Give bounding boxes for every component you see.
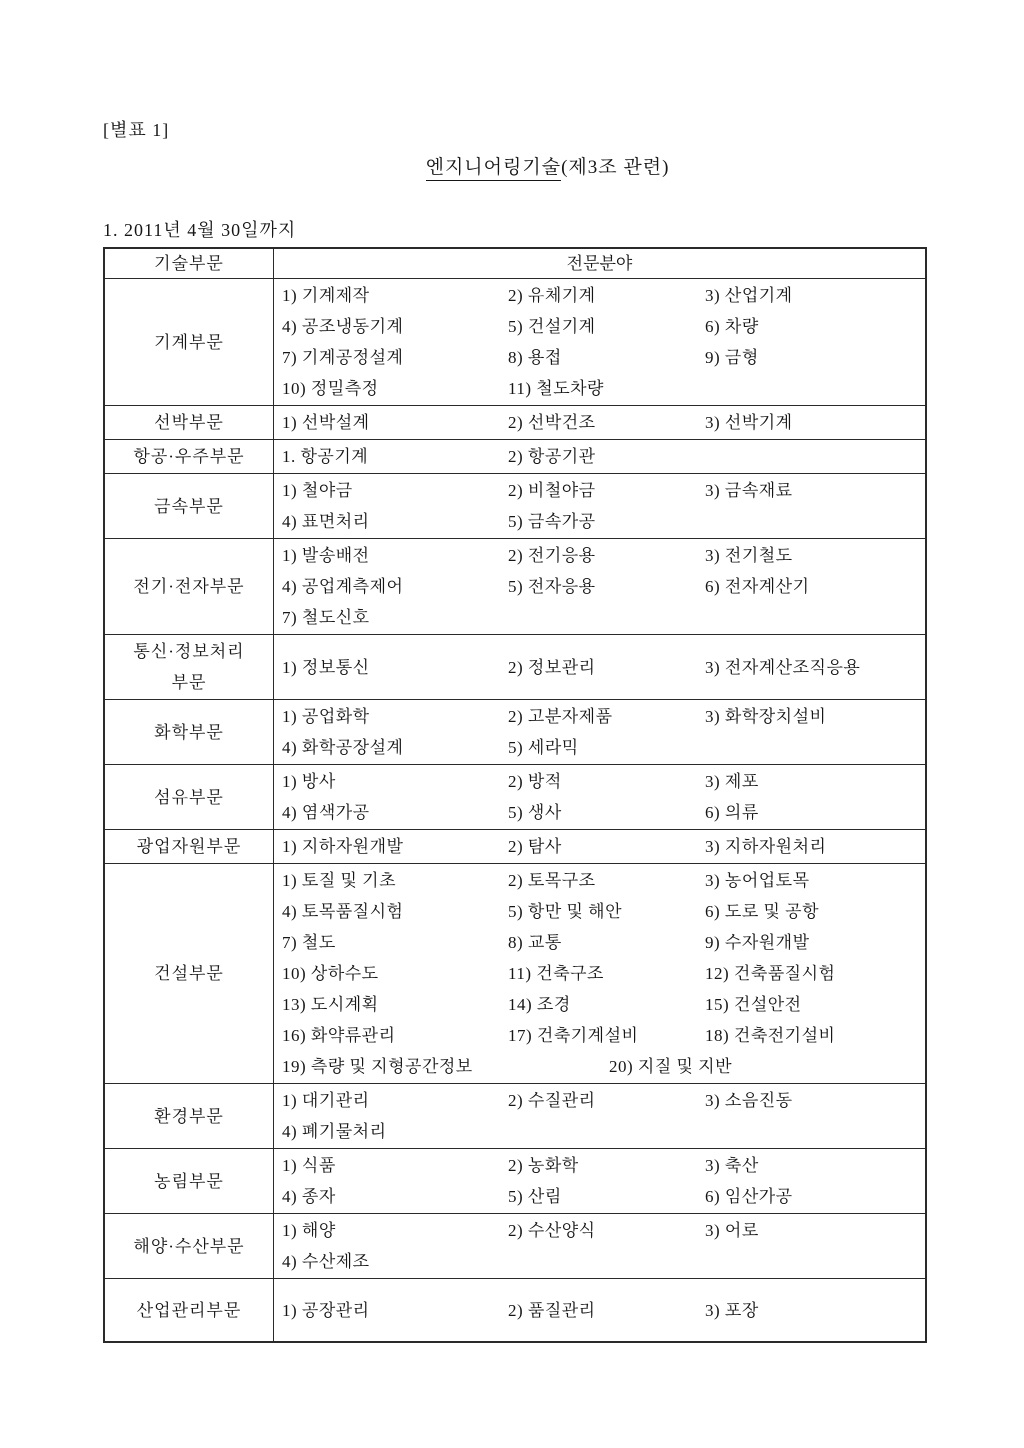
sector-cell: 환경부문: [105, 1084, 274, 1148]
specialty-item: 3) 어로: [705, 1215, 759, 1246]
sector-label: 광업자원부문: [137, 831, 242, 862]
specialty-line: 4) 표면처리5) 금속가공: [282, 506, 921, 537]
specialty-cell: 1) 식품2) 농화학3) 축산4) 종자5) 산림6) 임산가공: [274, 1149, 925, 1213]
table-row: 금속부문1) 철야금2) 비철야금3) 금속재료4) 표면처리5) 금속가공: [105, 474, 925, 539]
specialty-cell: 1. 항공기계2) 항공기관: [274, 440, 925, 473]
specialty-item: 7) 철도: [282, 927, 508, 958]
table-row: 광업자원부문1) 지하자원개발2) 탐사3) 지하자원처리: [105, 830, 925, 864]
specialty-item: 3) 포장: [705, 1295, 759, 1326]
table-row: 선박부문1) 선박설계2) 선박건조3) 선박기계: [105, 406, 925, 440]
specialty-line: 1) 대기관리2) 수질관리3) 소음진동: [282, 1085, 921, 1116]
document-page: [별표 1] 엔지니어링기술(제3조 관련) 1. 2011년 4월 30일까지…: [0, 0, 1024, 1448]
sector-label: 농림부문: [154, 1166, 224, 1197]
specialty-cell: 1) 정보통신2) 정보관리3) 전자계산조직응용: [274, 635, 925, 699]
specialty-item: 4) 염색가공: [282, 797, 508, 828]
specialty-item: 14) 조경: [508, 989, 705, 1020]
specialty-item: 5) 세라믹: [508, 732, 705, 763]
specialty-item: 8) 교통: [508, 927, 705, 958]
specialty-item: 3) 소음진동: [705, 1085, 793, 1116]
specialty-item: 1) 기계제작: [282, 280, 508, 311]
sector-cell: 기계부문: [105, 279, 274, 405]
specialty-item: 5) 산림: [508, 1181, 705, 1212]
specialty-item: 11) 건축구조: [508, 958, 705, 989]
sector-label: 해양·수산부문: [133, 1231, 244, 1262]
specialty-item: 2) 정보관리: [508, 652, 705, 683]
specialty-item: 3) 제포: [705, 766, 759, 797]
specialty-line: 1) 기계제작2) 유체기계3) 산업기계: [282, 280, 921, 311]
specialty-item: 4) 표면처리: [282, 506, 508, 537]
specialty-line: 16) 화약류관리17) 건축기계설비18) 건축전기설비: [282, 1020, 921, 1051]
specialty-item: 2) 토목구조: [508, 865, 705, 896]
sector-table: 기술부문 전문분야 기계부문1) 기계제작2) 유체기계3) 산업기계4) 공조…: [103, 247, 927, 1343]
specialty-cell: 1) 선박설계2) 선박건조3) 선박기계: [274, 406, 925, 439]
specialty-line: 1) 공업화학2) 고분자제품3) 화학장치설비: [282, 701, 921, 732]
sector-label: 부문: [172, 667, 207, 698]
sector-cell: 섬유부문: [105, 765, 274, 829]
table-row: 해양·수산부문1) 해양2) 수산양식3) 어로4) 수산제조: [105, 1214, 925, 1279]
specialty-item: 1) 공업화학: [282, 701, 508, 732]
specialty-item: 2) 탐사: [508, 831, 705, 862]
specialty-item: 5) 전자응용: [508, 571, 705, 602]
sector-label: 항공·우주부문: [133, 441, 244, 472]
sector-cell: 건설부문: [105, 864, 274, 1083]
specialty-item: 2) 유체기계: [508, 280, 705, 311]
specialty-item: 2) 선박건조: [508, 407, 705, 438]
specialty-item: 6) 임산가공: [705, 1181, 793, 1212]
specialty-cell: 1) 공장관리2) 품질관리3) 포장: [274, 1279, 925, 1341]
specialty-line: 1) 발송배전2) 전기응용3) 전기철도: [282, 540, 921, 571]
specialty-item: 9) 수자원개발: [705, 927, 810, 958]
specialty-item: 6) 차량: [705, 311, 759, 342]
specialty-item: 2) 방적: [508, 766, 705, 797]
table-row: 화학부문1) 공업화학2) 고분자제품3) 화학장치설비4) 화학공장설계5) …: [105, 700, 925, 765]
specialty-cell: 1) 대기관리2) 수질관리3) 소음진동4) 폐기물처리: [274, 1084, 925, 1148]
specialty-item: 3) 화학장치설비: [705, 701, 826, 732]
specialty-item: 4) 토목품질시험: [282, 896, 508, 927]
specialty-line: 7) 철도8) 교통9) 수자원개발: [282, 927, 921, 958]
specialty-line: 1) 방사2) 방적3) 제포: [282, 766, 921, 797]
sector-label: 기계부문: [154, 327, 224, 358]
specialty-line: 4) 공조냉동기계5) 건설기계6) 차량: [282, 311, 921, 342]
specialty-cell: 1) 발송배전2) 전기응용3) 전기철도4) 공업계측제어5) 전자응용6) …: [274, 539, 925, 634]
specialty-item: 4) 공업계측제어: [282, 571, 508, 602]
specialty-item: 2) 고분자제품: [508, 701, 705, 732]
specialty-item: 1) 정보통신: [282, 652, 508, 683]
specialty-item: 10) 상하수도: [282, 958, 508, 989]
specialty-item: 1) 공장관리: [282, 1295, 508, 1326]
sector-cell: 산업관리부문: [105, 1279, 274, 1341]
specialty-item: 2) 수산양식: [508, 1215, 705, 1246]
specialty-item: 1) 지하자원개발: [282, 831, 508, 862]
specialty-item: 1) 식품: [282, 1150, 508, 1181]
sector-label: 환경부문: [154, 1101, 224, 1132]
sector-label: 섬유부문: [154, 782, 224, 813]
table-row: 통신·정보처리부문1) 정보통신2) 정보관리3) 전자계산조직응용: [105, 635, 925, 700]
specialty-item: 20) 지질 및 지반: [609, 1051, 806, 1082]
sector-cell: 화학부문: [105, 700, 274, 764]
specialty-line: 1) 지하자원개발2) 탐사3) 지하자원처리: [282, 831, 921, 862]
specialty-item: 5) 건설기계: [508, 311, 705, 342]
specialty-item: 3) 축산: [705, 1150, 759, 1181]
specialty-item: 1. 항공기계: [282, 441, 508, 472]
sector-cell: 전기·전자부문: [105, 539, 274, 634]
sector-cell: 해양·수산부문: [105, 1214, 274, 1278]
specialty-item: 2) 비철야금: [508, 475, 705, 506]
specialty-item: 15) 건설안전: [705, 989, 802, 1020]
sector-table-body: 기계부문1) 기계제작2) 유체기계3) 산업기계4) 공조냉동기계5) 건설기…: [105, 279, 925, 1341]
specialty-item: 1) 대기관리: [282, 1085, 508, 1116]
sector-label: 산업관리부문: [137, 1295, 242, 1326]
specialty-line: 1) 정보통신2) 정보관리3) 전자계산조직응용: [282, 652, 921, 683]
specialty-line: 4) 폐기물처리: [282, 1116, 921, 1147]
specialty-item: 5) 금속가공: [508, 506, 705, 537]
doc-title-suffix: (제3조 관련): [561, 157, 669, 178]
specialty-cell: 1) 지하자원개발2) 탐사3) 지하자원처리: [274, 830, 925, 863]
table-header-row: 기술부문 전문분야: [105, 249, 925, 279]
specialty-line: 7) 철도신호: [282, 602, 921, 633]
specialty-item: 2) 전기응용: [508, 540, 705, 571]
specialty-item: 3) 전자계산조직응용: [705, 652, 860, 683]
specialty-line: 7) 기계공정설계8) 용접9) 금형: [282, 342, 921, 373]
sector-label: 화학부문: [154, 717, 224, 748]
specialty-item: 4) 종자: [282, 1181, 508, 1212]
specialty-item: 16) 화약류관리: [282, 1020, 508, 1051]
specialty-item: 5) 항만 및 해안: [508, 896, 705, 927]
table-row: 건설부문1) 토질 및 기초2) 토목구조3) 농어업토목4) 토목품질시험5)…: [105, 864, 925, 1084]
table-row: 농림부문1) 식품2) 농화학3) 축산4) 종자5) 산림6) 임산가공: [105, 1149, 925, 1214]
annex-label: [별표 1]: [103, 116, 169, 142]
specialty-item: 11) 철도차량: [508, 373, 705, 404]
specialty-item: 4) 폐기물처리: [282, 1116, 508, 1147]
specialty-cell: 1) 토질 및 기초2) 토목구조3) 농어업토목4) 토목품질시험5) 항만 …: [274, 864, 925, 1083]
table-row: 기계부문1) 기계제작2) 유체기계3) 산업기계4) 공조냉동기계5) 건설기…: [105, 279, 925, 406]
specialty-item: 3) 선박기계: [705, 407, 793, 438]
specialty-cell: 1) 기계제작2) 유체기계3) 산업기계4) 공조냉동기계5) 건설기계6) …: [274, 279, 925, 405]
specialty-item: 19) 측량 및 지형공간정보: [282, 1051, 609, 1082]
specialty-item: 12) 건축품질시험: [705, 958, 835, 989]
specialty-item: 13) 도시계획: [282, 989, 508, 1020]
doc-title-main: 엔지니어링기술: [426, 157, 561, 181]
specialty-line: 10) 상하수도11) 건축구조12) 건축품질시험: [282, 958, 921, 989]
specialty-line: 1. 항공기계2) 항공기관: [282, 441, 921, 472]
sector-cell: 금속부문: [105, 474, 274, 538]
specialty-item: 4) 화학공장설계: [282, 732, 508, 763]
specialty-item: 5) 생사: [508, 797, 705, 828]
specialty-line: 1) 토질 및 기초2) 토목구조3) 농어업토목: [282, 865, 921, 896]
doc-title: 엔지니어링기술(제3조 관련): [135, 152, 960, 179]
specialty-cell: 1) 철야금2) 비철야금3) 금속재료4) 표면처리5) 금속가공: [274, 474, 925, 538]
sector-label: 건설부문: [154, 958, 224, 989]
specialty-item: 3) 농어업토목: [705, 865, 810, 896]
specialty-line: 1) 식품2) 농화학3) 축산: [282, 1150, 921, 1181]
specialty-line: 4) 염색가공5) 생사6) 의류: [282, 797, 921, 828]
specialty-line: 4) 수산제조: [282, 1246, 921, 1277]
specialty-item: 2) 농화학: [508, 1150, 705, 1181]
specialty-item: 2) 수질관리: [508, 1085, 705, 1116]
specialty-item: 17) 건축기계설비: [508, 1020, 705, 1051]
specialty-line: 1) 해양2) 수산양식3) 어로: [282, 1215, 921, 1246]
specialty-item: 4) 수산제조: [282, 1246, 508, 1277]
sector-cell: 선박부문: [105, 406, 274, 439]
table-row: 환경부문1) 대기관리2) 수질관리3) 소음진동4) 폐기물처리: [105, 1084, 925, 1149]
specialty-item: 4) 공조냉동기계: [282, 311, 508, 342]
sector-label: 통신·정보처리: [133, 636, 244, 667]
sector-label: 선박부문: [154, 407, 224, 438]
specialty-line: 1) 공장관리2) 품질관리3) 포장: [282, 1295, 921, 1326]
specialty-item: 6) 도로 및 공항: [705, 896, 819, 927]
specialty-cell: 1) 해양2) 수산양식3) 어로4) 수산제조: [274, 1214, 925, 1278]
section-heading: 1. 2011년 4월 30일까지: [103, 216, 296, 242]
specialty-line: 10) 정밀측정11) 철도차량: [282, 373, 921, 404]
specialty-item: 1) 발송배전: [282, 540, 508, 571]
specialty-item: 9) 금형: [705, 342, 759, 373]
specialty-item: 1) 방사: [282, 766, 508, 797]
specialty-line: 1) 선박설계2) 선박건조3) 선박기계: [282, 407, 921, 438]
specialty-item: 7) 기계공정설계: [282, 342, 508, 373]
specialty-line: 1) 철야금2) 비철야금3) 금속재료: [282, 475, 921, 506]
sector-cell: 광업자원부문: [105, 830, 274, 863]
header-sector: 기술부문: [105, 249, 274, 278]
specialty-item: 8) 용접: [508, 342, 705, 373]
specialty-item: 6) 전자계산기: [705, 571, 810, 602]
sector-cell: 항공·우주부문: [105, 440, 274, 473]
table-row: 항공·우주부문1. 항공기계2) 항공기관: [105, 440, 925, 474]
specialty-line: 19) 측량 및 지형공간정보20) 지질 및 지반: [282, 1051, 921, 1082]
specialty-line: 4) 공업계측제어5) 전자응용6) 전자계산기: [282, 571, 921, 602]
specialty-item: 7) 철도신호: [282, 602, 508, 633]
specialty-line: 4) 종자5) 산림6) 임산가공: [282, 1181, 921, 1212]
sector-label: 금속부문: [154, 491, 224, 522]
specialty-item: 1) 토질 및 기초: [282, 865, 508, 896]
specialty-item: 3) 산업기계: [705, 280, 793, 311]
specialty-line: 4) 화학공장설계5) 세라믹: [282, 732, 921, 763]
specialty-item: 1) 선박설계: [282, 407, 508, 438]
specialty-item: 3) 지하자원처리: [705, 831, 826, 862]
sector-cell: 농림부문: [105, 1149, 274, 1213]
specialty-item: 1) 해양: [282, 1215, 508, 1246]
specialty-line: 13) 도시계획14) 조경15) 건설안전: [282, 989, 921, 1020]
specialty-item: 1) 철야금: [282, 475, 508, 506]
specialty-item: 6) 의류: [705, 797, 759, 828]
specialty-item: 18) 건축전기설비: [705, 1020, 835, 1051]
specialty-line: 4) 토목품질시험5) 항만 및 해안6) 도로 및 공항: [282, 896, 921, 927]
specialty-item: 2) 항공기관: [508, 441, 705, 472]
specialty-item: 10) 정밀측정: [282, 373, 508, 404]
specialty-item: 2) 품질관리: [508, 1295, 705, 1326]
specialty-cell: 1) 방사2) 방적3) 제포4) 염색가공5) 생사6) 의류: [274, 765, 925, 829]
table-row: 산업관리부문1) 공장관리2) 품질관리3) 포장: [105, 1279, 925, 1341]
specialty-item: 3) 전기철도: [705, 540, 793, 571]
sector-cell: 통신·정보처리부문: [105, 635, 274, 699]
sector-label: 전기·전자부문: [133, 571, 244, 602]
table-row: 섬유부문1) 방사2) 방적3) 제포4) 염색가공5) 생사6) 의류: [105, 765, 925, 830]
specialty-item: 3) 금속재료: [705, 475, 793, 506]
header-specialty: 전문분야: [274, 249, 925, 278]
table-row: 전기·전자부문1) 발송배전2) 전기응용3) 전기철도4) 공업계측제어5) …: [105, 539, 925, 635]
specialty-cell: 1) 공업화학2) 고분자제품3) 화학장치설비4) 화학공장설계5) 세라믹: [274, 700, 925, 764]
